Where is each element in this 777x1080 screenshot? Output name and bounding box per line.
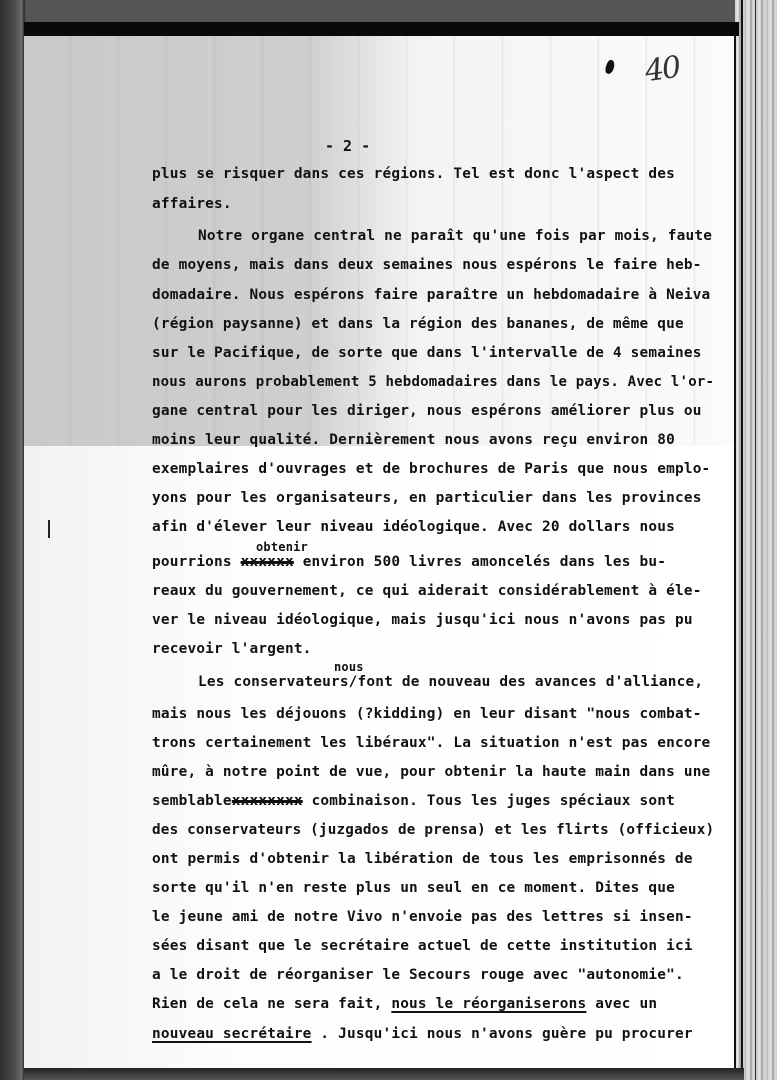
- text-line: sorte qu'il n'en reste plus un seul en c…: [152, 880, 675, 896]
- text-line: a le droit de réorganiser le Secours rou…: [152, 967, 684, 983]
- text-line: Rien de cela ne sera fait, nous le réorg…: [152, 996, 657, 1012]
- underlined-text: nouveau secrétaire: [152, 1026, 312, 1042]
- interlinear-insert: obtenir: [256, 540, 308, 554]
- text-line: Notre organe central ne paraît qu'une fo…: [152, 228, 712, 244]
- scan-top-shadow: [24, 22, 739, 36]
- text-line: exemplaires d'ouvrages et de brochures d…: [152, 461, 710, 477]
- text-line: le jeune ami de notre Vivo n'envoie pas …: [152, 909, 693, 925]
- text-line: nous aurons probablement 5 hebdomadaires…: [152, 374, 714, 390]
- folio-number: 40: [643, 50, 682, 89]
- text-line: mais nous les déjouons (?kidding) en leu…: [152, 706, 702, 722]
- text-line: ver le niveau idéologique, mais jusqu'ic…: [152, 612, 693, 628]
- struck-text: xxxxxx: [241, 554, 294, 570]
- text-line: affaires.: [152, 196, 232, 212]
- struck-text: xxxxxxxx: [232, 793, 303, 809]
- text-line: reaux du gouvernement, ce qui aiderait c…: [152, 583, 702, 599]
- text-line: de moyens, mais dans deux semaines nous …: [152, 257, 702, 273]
- text-line: mûre, à notre point de vue, pour obtenir…: [152, 764, 710, 780]
- margin-mark: [48, 520, 50, 538]
- text-line: Les conservateurs/font de nouveau des av…: [152, 674, 703, 690]
- text-line: des conservateurs (juzgados de prensa) e…: [152, 822, 714, 838]
- text-line: plus se risquer dans ces régions. Tel es…: [152, 166, 675, 182]
- text-line: moins leur qualité. Dernièrement nous av…: [152, 432, 675, 448]
- text-line: semblablexxxxxxxx combinaison. Tous les …: [152, 793, 675, 809]
- text-line: domadaire. Nous espérons faire paraître …: [152, 287, 710, 303]
- text-line: (région paysanne) et dans la région des …: [152, 316, 684, 332]
- page-edge-line: [734, 36, 736, 1068]
- underlined-text: nous le réorganiserons: [391, 996, 586, 1012]
- text-line: pourrions xxxxxx environ 500 livres amon…: [152, 554, 666, 570]
- scan-bottom-shadow: [24, 1068, 744, 1080]
- text-line: trons certainement les libéraux". La sit…: [152, 735, 710, 751]
- page-number: - 2 -: [325, 137, 370, 155]
- text-line: sées disant que le secrétaire actuel de …: [152, 938, 693, 954]
- text-line: gane central pour les diriger, nous espé…: [152, 403, 702, 419]
- text-line: yons pour les organisateurs, en particul…: [152, 490, 702, 506]
- text-line: nouveau secrétaire . Jusqu'ici nous n'av…: [152, 1026, 693, 1042]
- text-line: sur le Pacifique, de sorte que dans l'in…: [152, 345, 702, 361]
- text-line: ont permis d'obtenir la libération de to…: [152, 851, 693, 867]
- text-line: recevoir l'argent.: [152, 641, 312, 657]
- scan-right-edge: [735, 0, 777, 1080]
- text-line: afin d'élever leur niveau idéologique. A…: [152, 519, 675, 535]
- interlinear-insert: nous: [334, 660, 364, 674]
